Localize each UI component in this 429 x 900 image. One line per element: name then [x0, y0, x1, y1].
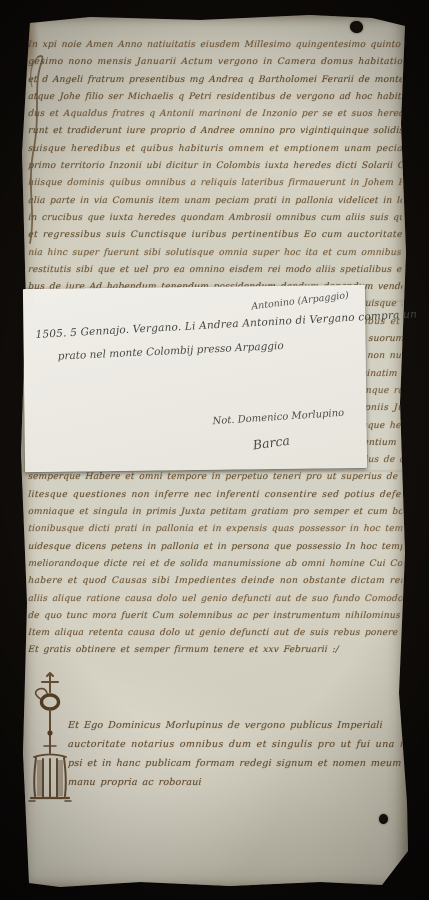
notary-line: psi et in hanc publicam formam redegi si…	[68, 754, 403, 773]
manuscript-line: litesque questiones non inferre nec infe…	[28, 490, 403, 507]
notary-line: manu propria ac roboraui	[68, 773, 403, 792]
slip-second-line: prato nel monte Colombij presso Arpaggio	[58, 340, 284, 363]
notary-line: auctoritate notarius omnibus dum et sing…	[68, 735, 403, 754]
slip-notary-note: Not. Domenico Morlupino	[212, 408, 344, 427]
slip-signature: Barca	[252, 433, 291, 453]
manuscript-line: et d Angeli fratrum presentibus mg Andre…	[28, 75, 403, 92]
manuscript-line: In xpi noie Amen Anno natiuitatis eiusde…	[28, 40, 403, 57]
manuscript-line: tionibusque dicti prati in pallonia et i…	[28, 524, 403, 541]
archival-note-slip: Antonino (Arpaggio) 1505. 5 Gennajo. Ver…	[23, 285, 367, 472]
manuscript-line: in crucibus que iuxta heredes quondam Am…	[28, 213, 403, 230]
manuscript-line: primo territorio Inzonii ubi dicitur in …	[28, 161, 403, 178]
manuscript-line: Et gratis obtinere et semper firmum tene…	[28, 645, 403, 662]
manuscript-line: dus et Aqualdus fratres q Antonii marino…	[28, 109, 403, 126]
manuscript-line: Item aliqua retenta causa dolo ut genio …	[28, 628, 403, 645]
manuscript-line: restitutis sibi que et uel pro ea omnino…	[28, 265, 403, 282]
manuscript-line: nia hinc super fuerunt sibi solutisque o…	[28, 248, 403, 265]
manuscript-line: et regressibus suis Cunctisque iuribus p…	[28, 230, 403, 247]
manuscript-line: habere et quod Causas sibi Impedientes d…	[28, 576, 403, 593]
manuscript-line: gesimo nono mensis Januarii Actum vergon…	[28, 57, 403, 74]
manuscript-line: de quo tunc mora fuerit Cum solemnibus a…	[28, 611, 403, 628]
notary-subscription-text: Et Ego Dominicus Morlupinus de vergono p…	[68, 716, 402, 792]
slip-date-line: 1505. 5 Gennajo. Vergano. Li Andrea Anto…	[35, 308, 417, 341]
notary-sign-icon	[26, 671, 72, 813]
manuscript-line: omniaque et singula in primis Juxta peti…	[28, 507, 403, 524]
notary-line: Et Ego Dominicus Morlupinus de vergono p…	[68, 716, 403, 735]
worm-hole-bottom	[379, 814, 388, 824]
manuscript-line: atque Johe filio ser Michaelis q Petri r…	[28, 92, 403, 109]
worm-hole-top	[349, 20, 365, 35]
manuscript-line: alia parte in via Comunis item unam peci…	[28, 196, 403, 213]
photo-backdrop: In xpi noie Amen Anno natiuitatis eiusde…	[0, 0, 429, 900]
manuscript-line: uidesque dicens petens in pallonia et in…	[28, 542, 403, 559]
manuscript-line: aliis alique ratione causa dolo uel geni…	[28, 594, 403, 611]
slip-corner-note: Antonino (Arpaggio)	[251, 290, 350, 312]
manuscript-line: hiisque dominis quibus omnibus a reliqui…	[28, 178, 403, 195]
manuscript-line: runt et tradiderunt iure proprio d Andre…	[28, 126, 403, 143]
manuscript-line: suisque heredibus et quibus habituris om…	[28, 144, 403, 161]
manuscript-line: meliorandoque dicte rei et de solida man…	[28, 559, 403, 576]
manuscript-line: semperque Habere et omni tempore in perp…	[28, 472, 403, 489]
